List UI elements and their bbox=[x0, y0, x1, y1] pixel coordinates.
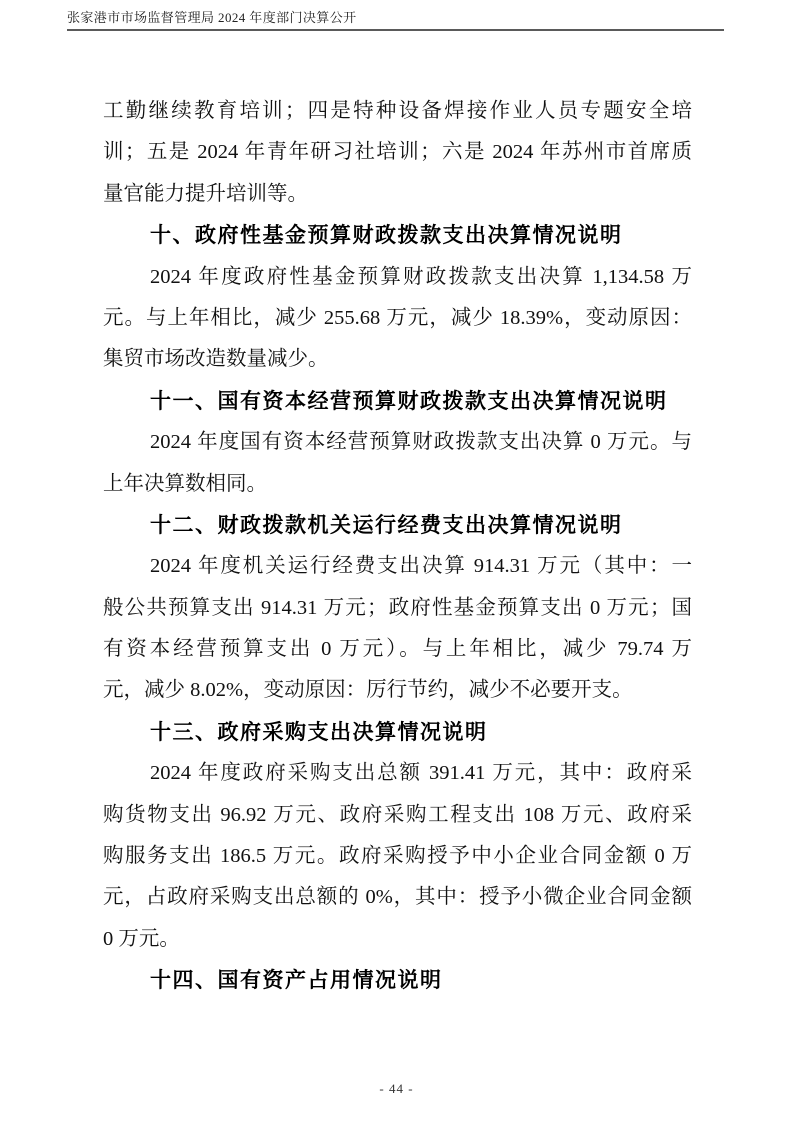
document-body: 工勤继续教育培训；四是特种设备焊接作业人员专题安全培训；五是 2024 年青年研… bbox=[103, 91, 692, 1002]
document-text-line: 量官能力提升培训等。 bbox=[103, 174, 692, 215]
document-text-line: 训；五是 2024 年青年研习社培训；六是 2024 年苏州市首席质 bbox=[103, 132, 692, 173]
document-text-line: 元，占政府采购支出总额的 0%，其中：授予小微企业合同金额 bbox=[103, 877, 692, 918]
header-title: 张家港市市场监督管理局 2024 年度部门决算公开 bbox=[67, 10, 357, 25]
document-text-line: 0 万元。 bbox=[103, 919, 692, 960]
document-text-line: 元。与上年相比，减少 255.68 万元，减少 18.39%，变动原因： bbox=[103, 298, 692, 339]
section-heading: 十、政府性基金预算财政拨款支出决算情况说明 bbox=[103, 215, 692, 256]
page-number: - 44 - bbox=[0, 1081, 793, 1097]
document-text-line: 般公共预算支出 914.31 万元；政府性基金预算支出 0 万元；国 bbox=[103, 588, 692, 629]
document-text-line: 购货物支出 96.92 万元、政府采购工程支出 108 万元、政府采 bbox=[103, 795, 692, 836]
document-text-line: 上年决算数相同。 bbox=[103, 464, 692, 505]
document-text-line: 2024 年度政府性基金预算财政拨款支出决算 1,134.58 万 bbox=[103, 257, 692, 298]
document-text-line: 购服务支出 186.5 万元。政府采购授予中小企业合同金额 0 万 bbox=[103, 836, 692, 877]
document-text-line: 元，减少 8.02%，变动原因：厉行节约，减少不必要开支。 bbox=[103, 670, 692, 711]
section-heading: 十二、财政拨款机关运行经费支出决算情况说明 bbox=[103, 505, 692, 546]
document-page: 张家港市市场监督管理局 2024 年度部门决算公开 工勤继续教育培训；四是特种设… bbox=[0, 0, 793, 1122]
document-text-line: 工勤继续教育培训；四是特种设备焊接作业人员专题安全培 bbox=[103, 91, 692, 132]
page-header: 张家港市市场监督管理局 2024 年度部门决算公开 bbox=[67, 10, 724, 31]
section-heading: 十一、国有资本经营预算财政拨款支出决算情况说明 bbox=[103, 381, 692, 422]
document-text-line: 集贸市场改造数量减少。 bbox=[103, 339, 692, 380]
document-text-line: 2024 年度机关运行经费支出决算 914.31 万元（其中：一 bbox=[103, 546, 692, 587]
section-heading: 十四、国有资产占用情况说明 bbox=[103, 960, 692, 1001]
document-text-line: 有资本经营预算支出 0 万元）。与上年相比，减少 79.74 万 bbox=[103, 629, 692, 670]
document-text-line: 2024 年度国有资本经营预算财政拨款支出决算 0 万元。与 bbox=[103, 422, 692, 463]
section-heading: 十三、政府采购支出决算情况说明 bbox=[103, 712, 692, 753]
document-text-line: 2024 年度政府采购支出总额 391.41 万元，其中：政府采 bbox=[103, 753, 692, 794]
